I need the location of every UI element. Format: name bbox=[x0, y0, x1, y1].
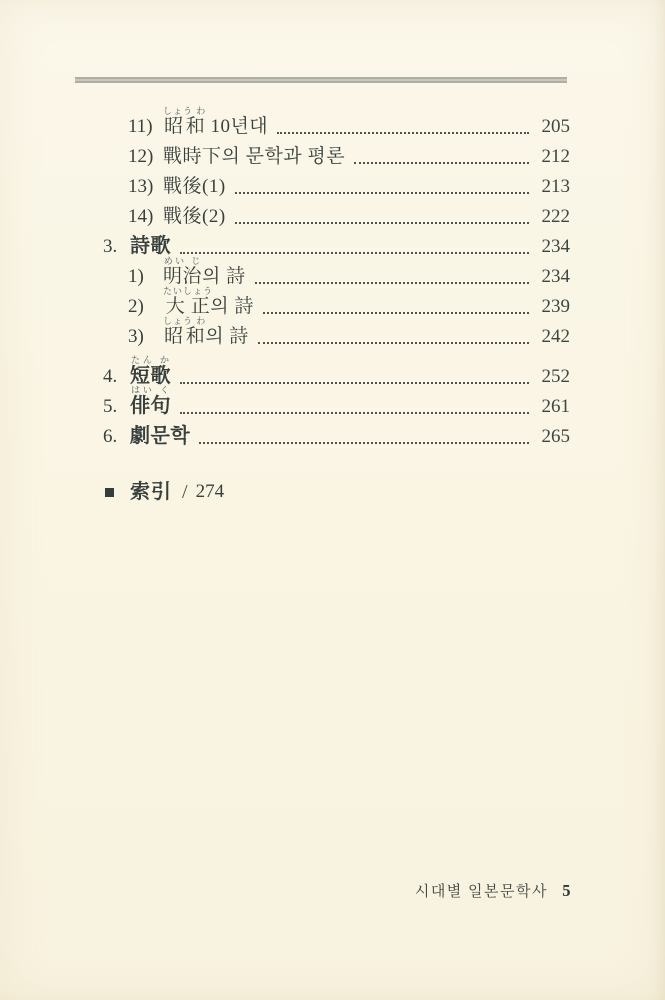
footer-volume-number: 5 bbox=[562, 881, 572, 900]
toc-row-number: 11) bbox=[128, 115, 163, 138]
square-bullet-icon bbox=[105, 488, 114, 497]
toc-row-title: 戰後(2) bbox=[163, 205, 226, 228]
toc-row: 12)戰時下의 문학과 평론212 bbox=[128, 138, 570, 168]
dot-leader bbox=[180, 382, 529, 384]
toc-row-number: 14) bbox=[128, 205, 163, 228]
toc-row: 3)昭和しょう わ의 詩242 bbox=[128, 318, 570, 348]
toc-row-title: 明治めい じ의 詩 bbox=[163, 256, 246, 288]
toc-row-title: 昭和しょう わ의 詩 bbox=[163, 316, 249, 348]
toc-row: 13)戰後(1)213 bbox=[128, 168, 570, 198]
footer-book-title: 시대별 일본문학사 bbox=[415, 884, 548, 900]
toc-row-page-number: 239 bbox=[534, 295, 570, 318]
dot-leader bbox=[180, 252, 529, 254]
index-separator: / bbox=[182, 481, 188, 503]
toc-row-number: 5. bbox=[103, 395, 130, 418]
toc-row-number: 13) bbox=[128, 175, 163, 198]
toc-row-title: 短歌たん か bbox=[130, 355, 171, 388]
toc-row-page-number: 212 bbox=[534, 145, 570, 168]
toc-row-page-number: 252 bbox=[534, 365, 570, 388]
toc-row-page-number: 265 bbox=[534, 425, 570, 448]
toc-row-page-number: 242 bbox=[534, 325, 570, 348]
dot-leader bbox=[255, 282, 529, 284]
toc-row: 14)戰後(2)222 bbox=[128, 198, 570, 228]
toc-row-title: 俳句はい く bbox=[130, 385, 171, 418]
dot-leader bbox=[258, 342, 529, 344]
toc-row-page-number: 261 bbox=[534, 395, 570, 418]
toc-row-title: 戰後(1) bbox=[163, 175, 226, 198]
toc-row: 3.詩歌234 bbox=[103, 228, 570, 258]
dot-leader bbox=[277, 132, 529, 134]
toc-row-page-number: 234 bbox=[534, 265, 570, 288]
toc-row-page-number: 222 bbox=[534, 205, 570, 228]
toc-row-page-number: 205 bbox=[534, 115, 570, 138]
toc-row: 1)明治めい じ의 詩234 bbox=[128, 258, 570, 288]
top-rule-divider bbox=[75, 77, 567, 83]
toc-row-number: 2) bbox=[128, 295, 163, 318]
book-page: 11)昭和しょう わ 10년대20512)戰時下의 문학과 평론21213)戰後… bbox=[0, 0, 665, 1000]
toc-row-number: 1) bbox=[128, 265, 163, 288]
dot-leader bbox=[180, 412, 529, 414]
toc-row-number: 6. bbox=[103, 425, 130, 448]
index-title: 索引 bbox=[130, 481, 172, 503]
toc-row-page-number: 234 bbox=[534, 235, 570, 258]
toc-row-title: 大正たいしょう의 詩 bbox=[163, 286, 254, 318]
toc-row-number: 4. bbox=[103, 365, 130, 388]
toc-row: 4.短歌たん か252 bbox=[103, 358, 570, 388]
toc-row: 11)昭和しょう わ 10년대205 bbox=[128, 108, 570, 138]
dot-leader bbox=[354, 162, 529, 164]
toc-row-number: 12) bbox=[128, 145, 163, 168]
toc-row-page-number: 213 bbox=[534, 175, 570, 198]
toc-row: 5.俳句はい く261 bbox=[103, 388, 570, 418]
toc-row: 2)大正たいしょう의 詩239 bbox=[128, 288, 570, 318]
toc-row-title: 詩歌 bbox=[130, 235, 171, 258]
toc-row-title: 劇문학 bbox=[130, 425, 190, 448]
toc-row-number: 3) bbox=[128, 325, 163, 348]
dot-leader bbox=[235, 192, 529, 194]
toc-row: 6.劇문학265 bbox=[103, 418, 570, 448]
page-footer: 시대별 일본문학사 5 bbox=[415, 880, 572, 901]
dot-leader bbox=[199, 442, 529, 444]
toc-row-number: 3. bbox=[103, 235, 130, 258]
toc-row-title: 戰時下의 문학과 평론 bbox=[163, 145, 345, 168]
toc-rows: 11)昭和しょう わ 10년대20512)戰時下의 문학과 평론21213)戰後… bbox=[0, 108, 570, 448]
index-page-number: 274 bbox=[196, 481, 225, 503]
dot-leader bbox=[263, 312, 529, 314]
toc-row-title: 昭和しょう わ 10년대 bbox=[163, 106, 268, 138]
index-entry: 索引 / 274 bbox=[105, 481, 224, 503]
dot-leader bbox=[235, 222, 529, 224]
